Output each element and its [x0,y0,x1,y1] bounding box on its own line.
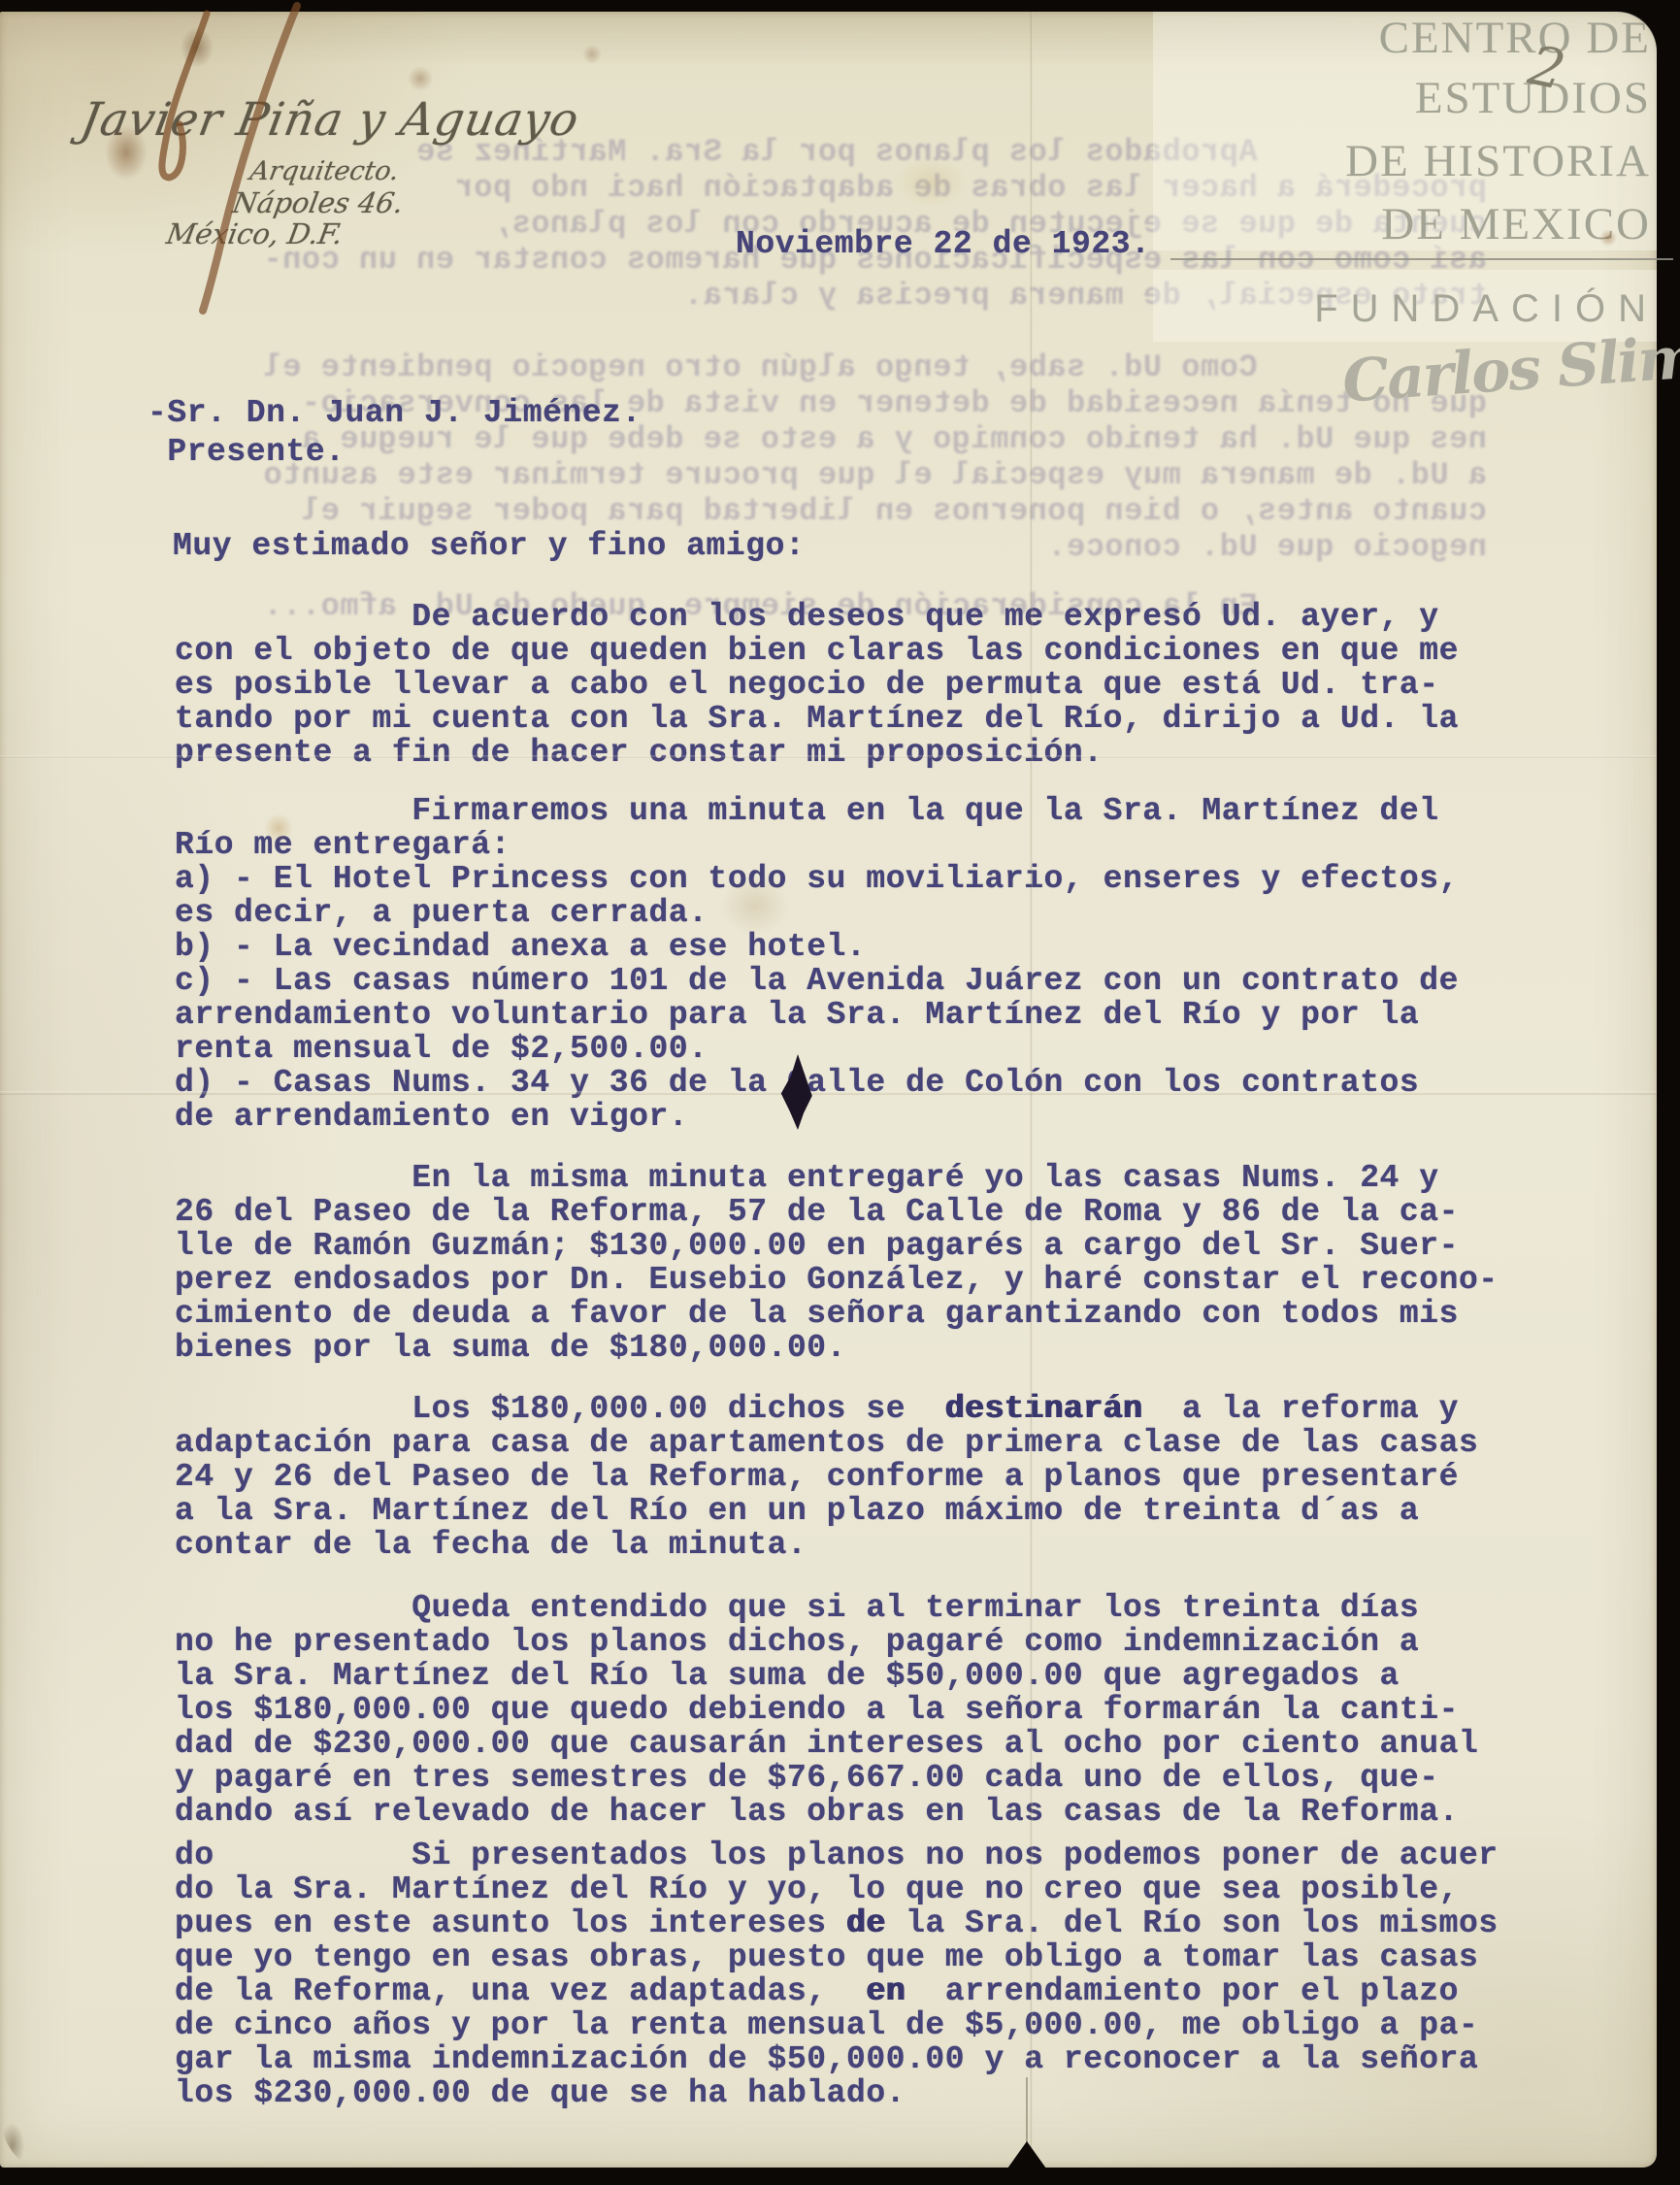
typed-line: Los $180,000.00 dichos se destinarán a l… [175,1392,1478,1426]
typed-line: no he presentado los planos dichos, paga… [175,1625,1478,1659]
typed-line: do la Sra. Martínez del Río y yo, lo que… [175,1872,1499,1906]
typed-line: En la misma minuta entregaré yo las casa… [175,1161,1499,1195]
typed-line: los $180,000.00 que quedo debiendo a la … [175,1693,1478,1727]
typed-line: es decir, a puerta cerrada. [175,896,1459,930]
typed-line: 24 y 26 del Paseo de la Reforma, conform… [175,1460,1478,1494]
typed-line: a la Sra. Martínez del Río en un plazo m… [175,1494,1478,1528]
typed-line: Como Ud. sabe, tengo algún otro negocio … [146,349,1487,385]
typed-line: de arrendamiento en vigor. [175,1100,1459,1134]
typed-line: perez endosados por Dn. Eusebio González… [175,1263,1499,1297]
typed-line: do Si presentados los planos no nos pode… [175,1838,1499,1872]
typed-line: que yo tengo en esas obras, puesto que m… [175,1940,1499,1974]
typed-line: bienes por la suma de $180,000.00. [175,1331,1499,1365]
typed-line: De acuerdo con los deseos que me expresó… [175,600,1459,634]
typed-line: Firmaremos una minuta en la que la Sra. … [175,794,1459,828]
typed-line: es posible llevar a cabo el negocio de p… [175,668,1459,702]
typed-line: c) - Las casas número 101 de la Avenida … [175,964,1459,998]
typed-line: Río me entregará: [175,828,1459,862]
typed-line: Queda entendido que si al terminar los t… [175,1591,1478,1625]
typed-line: tando por mi cuenta con la Sra. Martínez… [175,702,1459,736]
typed-line: a) - El Hotel Princess con todo su movil… [175,862,1459,896]
typed-line: -Sr. Dn. Juan J. Jiménez. [148,394,642,433]
ink-stroke-marks [115,0,338,320]
watermark-line: DE HISTORIA [1345,135,1651,187]
typed-line: los $230,000.00 de que se ha hablado. [175,2076,1499,2110]
typed-line: cuanto antes, o bien ponernos en liberta… [146,493,1487,529]
typed-line: contar de la fecha de la minuta. [175,1528,1478,1562]
watermark-foundation-label: FUNDACIÓN [1314,287,1659,331]
typed-line: dando así relevado de hacer las obras en… [175,1795,1478,1829]
typed-line: de cinco años y por la renta mensual de … [175,2008,1499,2042]
typed-line: con el objeto de que queden bien claras … [175,634,1459,668]
typed-line: y pagaré en tres semestres de $76,667.00… [175,1761,1478,1795]
typed-line: Presente. [148,433,642,472]
letter-paragraph: Firmaremos una minuta en la que la Sra. … [175,794,1459,1134]
vertical-fold-crease [1030,12,1033,2168]
salutation: Muy estimado señor y fino amigo: [173,529,805,563]
watermark-line: DE MEXICO [1381,198,1651,250]
letter-paragraph: En la misma minuta entregaré yo las casa… [175,1161,1499,1365]
letter-paragraph: Queda entendido que si al terminar los t… [175,1591,1478,1829]
typed-line: cimiento de deuda a favor de la señora g… [175,1297,1499,1331]
letter-date: Noviembre 22 de 1923. [736,227,1150,261]
typed-line: gar la misma indemnización de $50,000.00… [175,2042,1499,2076]
typed-line: 26 del Paseo de la Reforma, 57 de la Cal… [175,1195,1499,1229]
typed-line: renta mensual de $2,500.00. [175,1032,1459,1066]
typed-line: adaptación para casa de apartamentos de … [175,1426,1478,1460]
document-scan: Aprobados los planos por la Sra. Martíne… [0,0,1680,2185]
horizontal-fold-crease [0,755,1657,758]
typed-line: presente a fin de hacer constar mi propo… [175,736,1459,770]
letter-paragraph: do Si presentados los planos no nos pode… [175,1838,1499,2110]
typed-line: arrendamiento voluntario para la Sra. Ma… [175,998,1459,1032]
typed-line: b) - La vecindad anexa a ese hotel. [175,930,1459,964]
typed-line: la Sra. Martínez del Río la suma de $50,… [175,1659,1478,1693]
letter-paragraph: De acuerdo con los deseos que me expresó… [175,600,1459,770]
typed-line: dad de $230,000.00 que causarán interese… [175,1727,1478,1761]
recipient-block: -Sr. Dn. Juan J. Jiménez. Presente. [148,394,642,472]
letter-paragraph: Los $180,000.00 dichos se destinarán a l… [175,1392,1478,1562]
watermark-divider-rule [1170,258,1673,260]
typed-line: lle de Ramón Guzmán; $130,000.00 en paga… [175,1229,1499,1263]
watermark-line: CENTRO DE [1379,12,1651,64]
typed-line: de la Reforma, una vez adaptadas, en arr… [175,1974,1499,2008]
typed-line: pues en este asunto los intereses de la … [175,1906,1499,1940]
horizontal-fold-crease [0,1091,1657,1095]
